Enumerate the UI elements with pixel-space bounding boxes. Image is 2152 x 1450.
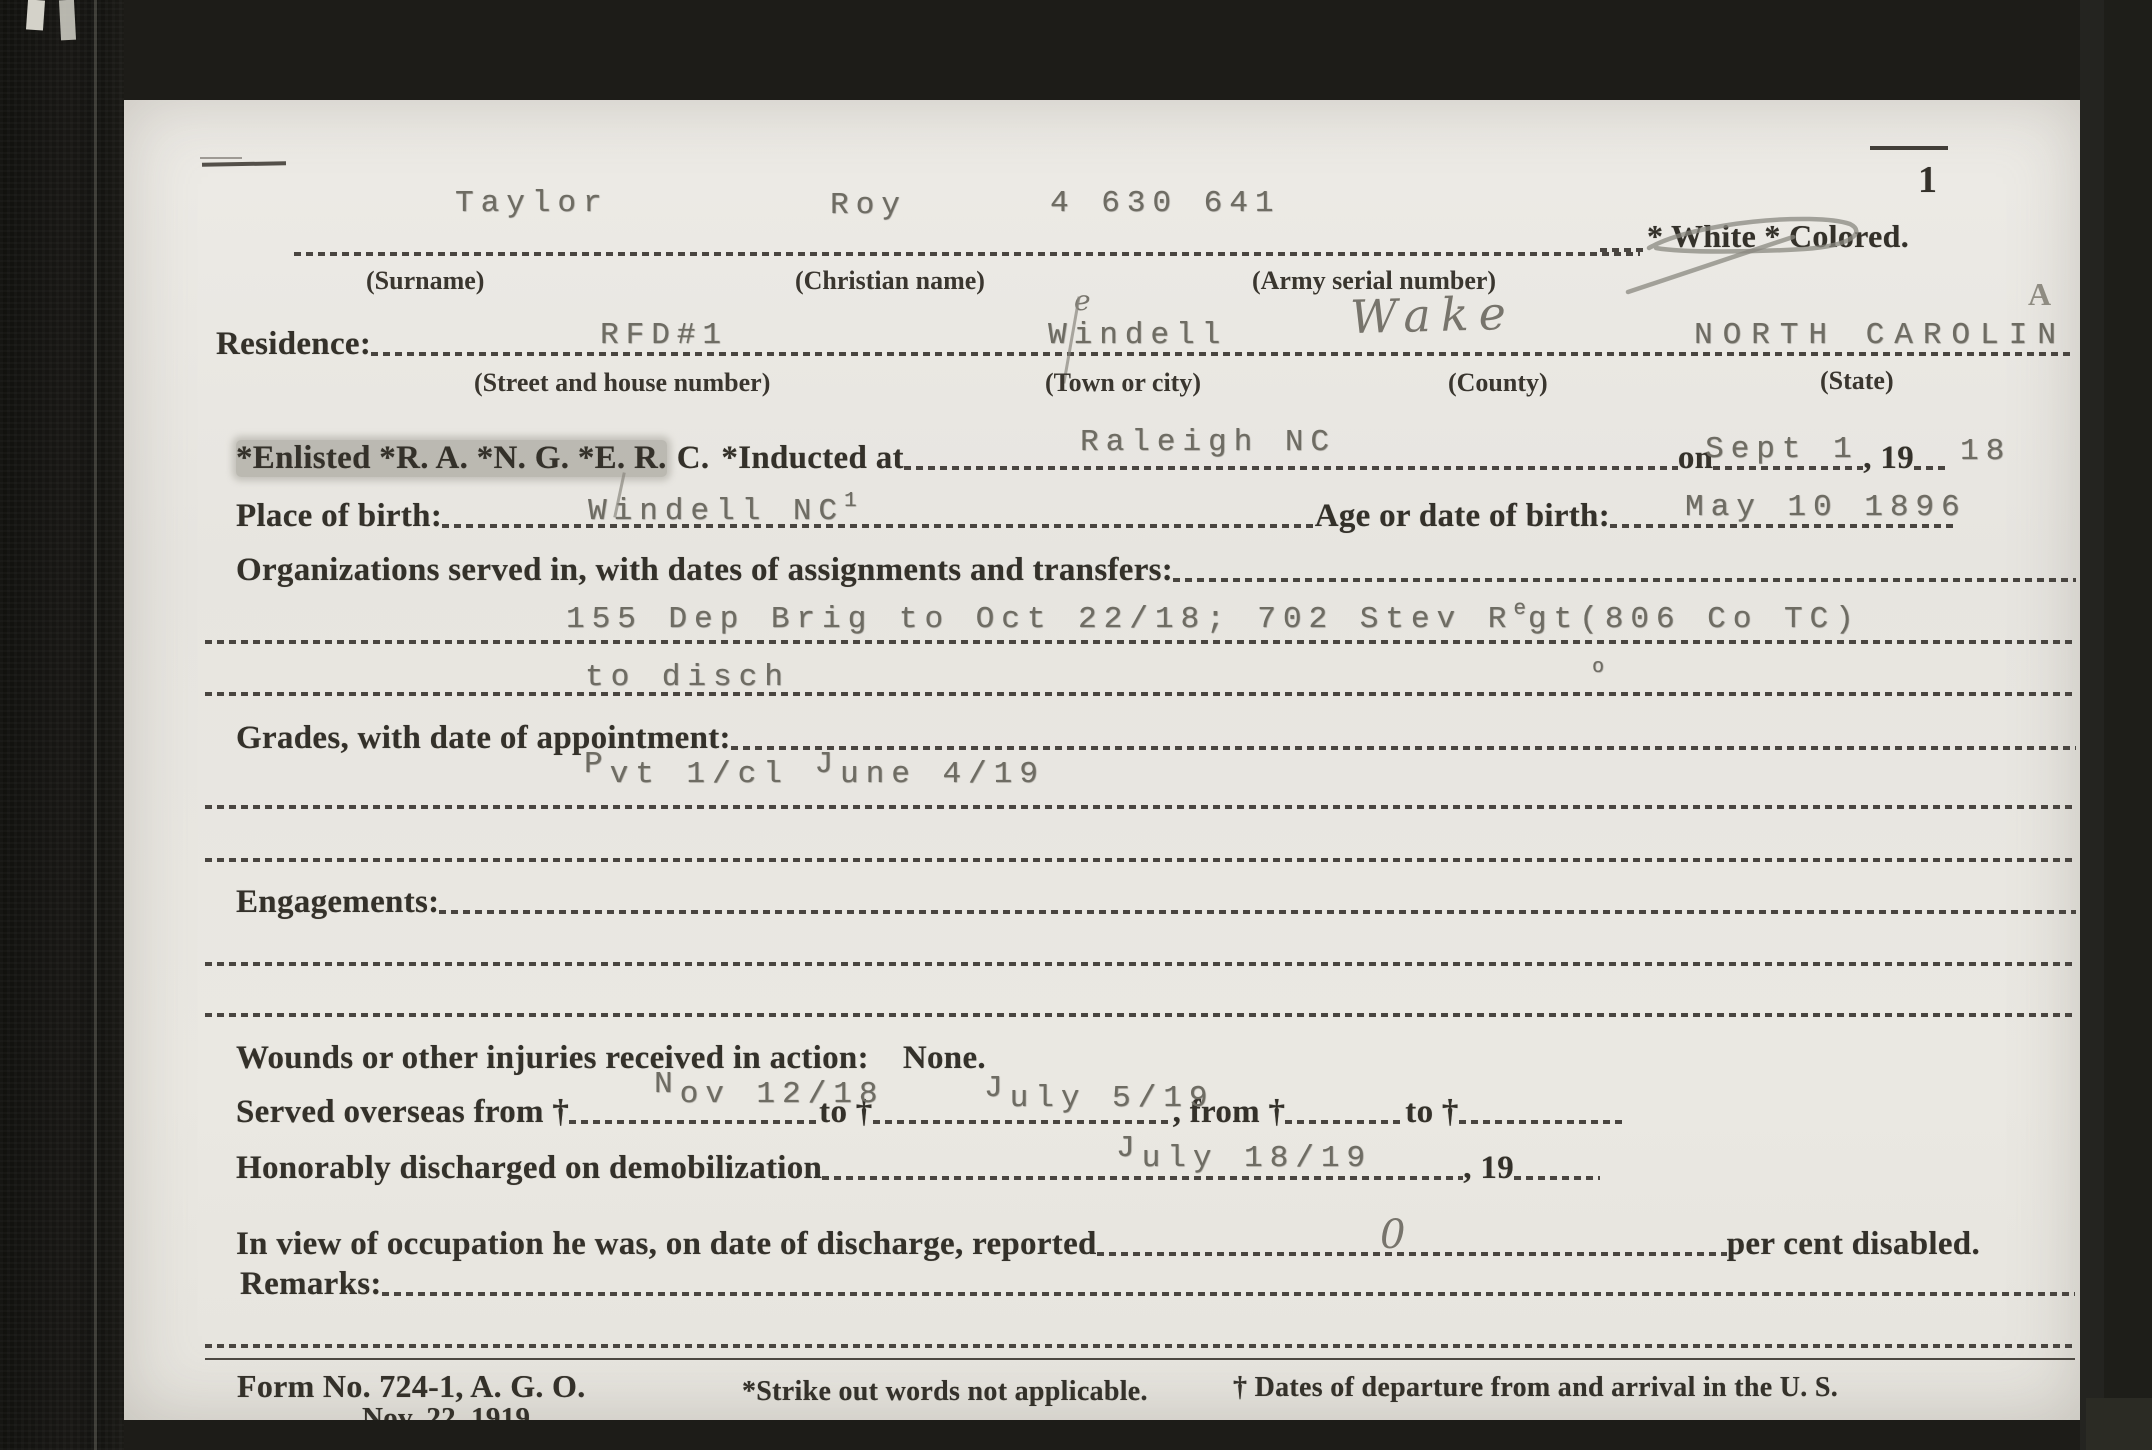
grades-row: Grades, with date of appointment: [236, 720, 2076, 757]
form-number: Form No. 724-1, A. G. O. [237, 1368, 586, 1405]
discharge-year-leader [1514, 1176, 1600, 1180]
surname-label: (Surname) [366, 266, 484, 296]
stamp-a: A [2028, 276, 2051, 313]
grades-leader [731, 746, 2076, 750]
birth-place-mark: 1 [844, 490, 859, 513]
discharge-row: Honorably discharged on demobilization ,… [236, 1150, 1600, 1187]
inducted-at-label: *Inducted at [721, 440, 903, 477]
organizations-label: Organizations served in, with dates of a… [236, 552, 1173, 589]
stray-mark [200, 157, 242, 159]
discharge-label: Honorably discharged on demobilization [236, 1150, 822, 1187]
induction-place-value: Raleigh NC [1080, 425, 1336, 460]
film-edge-seam [2104, 0, 2152, 1450]
engagements-rule-2 [205, 1013, 2075, 1017]
engagements-leader [439, 910, 2076, 914]
engagements-label: Engagements: [236, 884, 439, 921]
overseas-to-label-2: to † [1405, 1094, 1458, 1131]
christian-name-label: (Christian name) [795, 266, 985, 296]
birth-date-value: May 10 1896 [1685, 490, 1967, 525]
year-leader [1914, 466, 1948, 470]
engagements-row: Engagements: [236, 884, 2076, 921]
disability-leader [1097, 1252, 1727, 1256]
birth-date-label: Age or date of birth: [1315, 498, 1610, 535]
pencil-strike-white [1614, 200, 1874, 310]
film-edge-left [0, 0, 124, 1450]
discharge-year-label: , 19 [1463, 1150, 1514, 1187]
page-number: 1 [1918, 158, 1937, 202]
overseas-from1-leader [569, 1120, 819, 1124]
film-scratch-mark [59, 0, 76, 40]
birth-place-leader [442, 524, 1315, 528]
inducted-place-leader [904, 466, 1678, 470]
overseas-to1-leader [873, 1120, 1173, 1124]
scanned-record-frame: Taylor Roy 4 630 641 (Surname) (Christia… [0, 0, 2152, 1450]
disability-value: 0 [1380, 1212, 1405, 1258]
induction-year-value: 18 [1960, 434, 2011, 469]
overseas-label: Served overseas from † [236, 1094, 569, 1131]
birth-place-value: Windell NC1 [588, 494, 859, 529]
service-record-card: Taylor Roy 4 630 641 (Surname) (Christia… [124, 100, 2080, 1420]
footnote-dagger: † Dates of departure from and arrival in… [1233, 1372, 1838, 1404]
film-edge-line [94, 0, 97, 1450]
wounds-row: Wounds or other injuries received in act… [236, 1040, 986, 1077]
wounds-value: None. [903, 1040, 986, 1077]
form-date: Nov. 22, 1919 [362, 1402, 530, 1420]
county-label: (County) [1448, 368, 1548, 398]
town-label: (Town or city) [1045, 368, 1201, 398]
enlistment-options-struck: *Enlisted *R. A. *N. G. *E. R. [236, 440, 667, 477]
name-rule [294, 252, 1640, 256]
christian-name-value: Roy [830, 188, 907, 223]
disability-suffix: per cent disabled. [1727, 1226, 1980, 1263]
remarks-rule [205, 1344, 2075, 1348]
state-value: NORTH CAROLIN [1694, 318, 2066, 353]
state-label: (State) [1820, 366, 1894, 396]
street-label: (Street and house number) [474, 368, 770, 398]
surname-value: Taylor [455, 186, 609, 221]
organizations-line2: to disch [585, 660, 790, 695]
grades-label: Grades, with date of appointment: [236, 720, 731, 757]
stray-typed-mark: o [1592, 656, 1611, 679]
disability-label: In view of occupation he was, on date of… [236, 1226, 1097, 1263]
overseas-to2-leader [1459, 1120, 1624, 1124]
county-value: Wake [1349, 286, 1516, 344]
overseas-from1-value: Nov 12/18 [654, 1077, 884, 1112]
stray-mark [202, 161, 286, 166]
overseas-to1-value: July 5/19 [984, 1081, 1214, 1116]
street-value: RFD#1 [600, 318, 728, 353]
remarks-row: Remarks: [240, 1266, 2075, 1303]
engagements-rule-1 [205, 962, 2075, 966]
grades-value: Pvt 1/cl June 4/19 [584, 757, 1045, 792]
footnote-strike: *Strike out words not applicable. [742, 1376, 1148, 1408]
remarks-leader [382, 1292, 2075, 1296]
serial-number-value: 4 630 641 [1050, 186, 1280, 221]
organizations-leader [1173, 578, 2076, 582]
enlistment-options-rest: C. [677, 440, 710, 477]
wounds-label: Wounds or other injuries received in act… [236, 1040, 869, 1077]
grades-rule-1 [205, 805, 2075, 809]
page-number-overline [1870, 146, 1948, 150]
organizations-rule-2 [205, 692, 2075, 696]
grades-rule-2 [205, 858, 2075, 862]
footer-separator [205, 1358, 2075, 1360]
discharge-date-leader [822, 1176, 1463, 1180]
organizations-rule-1 [205, 640, 2075, 644]
year-19-printed: , 19 [1863, 440, 1914, 477]
induction-date-value: Sept 1 [1705, 432, 1859, 467]
remarks-label: Remarks: [240, 1266, 382, 1303]
residence-label: Residence: [216, 326, 371, 363]
film-scratch-mark [26, 0, 45, 31]
overseas-from2-leader [1285, 1120, 1405, 1124]
organizations-row: Organizations served in, with dates of a… [236, 552, 2076, 589]
birth-place-label: Place of birth: [236, 498, 442, 535]
film-edge-patch [2086, 1398, 2152, 1450]
overseas-row: Served overseas from † to † , from † to … [236, 1094, 1624, 1131]
organizations-line1: 155 Dep Brig to Oct 22/18; 702 Stev Regt… [566, 602, 1861, 637]
disability-row: In view of occupation he was, on date of… [236, 1226, 1980, 1263]
discharge-date-value: July 18/19 [1116, 1141, 1372, 1176]
